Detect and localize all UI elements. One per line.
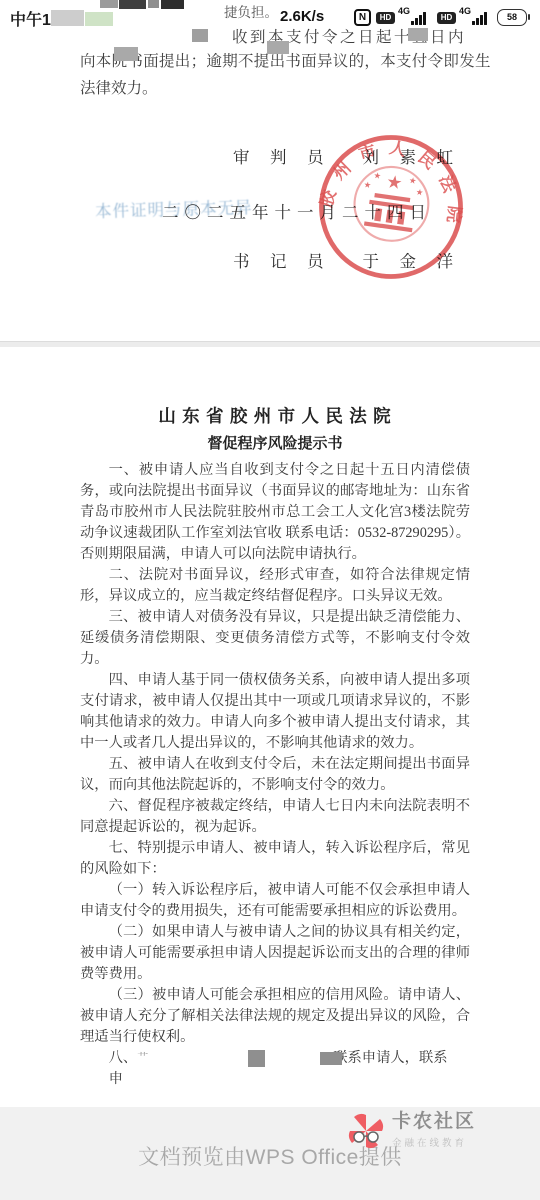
- battery-icon: 58: [497, 9, 527, 26]
- preview-footer: 文档预览由WPS Office提供 卡农社区 金融在线教育: [0, 1107, 540, 1200]
- redaction-block: [100, 0, 118, 8]
- paragraph-1: 一、被申请人应当自收到支付令之日起十五日内清偿债务，或向法院提出书面异议（书面异…: [80, 460, 470, 565]
- signal-bars-icon: [472, 12, 487, 25]
- paragraph-7-3: （三）被申请人可能会承担相应的信用风险。请申请人、被申请人充分了解相关法律法规的…: [80, 985, 470, 1048]
- document-subtitle: 督促程序风险提示书: [80, 432, 470, 453]
- paragraph-4: 四、申请人基于同一债权债务关系，向被申请人提出多项支付请求，被申请人仅提出其中一…: [80, 670, 470, 754]
- document-preview[interactable]: 捷负担。 收到本支付令之日起十五日内 向本院书面提出；逾期不提出书面异议的，本支…: [0, 0, 540, 1200]
- nfc-icon: N: [354, 9, 371, 26]
- kanong-logo-subtitle: 金融在线教育: [392, 1135, 476, 1149]
- redaction-block: [248, 1050, 265, 1067]
- volte-hd-icon: HD: [437, 12, 456, 24]
- document-page-1: 捷负担。 收到本支付令之日起十五日内 向本院书面提出；逾期不提出书面异议的，本支…: [0, 0, 540, 341]
- court-seal-icon: 胶州市人民法院 ★ ★ ★ ★ ★: [312, 128, 470, 286]
- network-speed-label: 2.6K/s: [280, 8, 324, 25]
- network-type-label: 4G: [459, 6, 471, 16]
- paragraph-8: 八、艹联系申请人，联系 申: [80, 1048, 470, 1090]
- document-line: 法律效力。: [80, 76, 158, 98]
- redaction-block: [114, 47, 138, 61]
- paragraph-2: 二、法院对书面异议，经形式审查，如符合法律规定情形，异议成立的，应当裁定终结督促…: [80, 565, 470, 607]
- court-name-title: 山 东 省 胶 州 市 人 民 法 院: [80, 403, 470, 428]
- paragraph-8-text: 联系申请人，联系: [333, 1050, 447, 1066]
- svg-text:★: ★: [363, 179, 372, 190]
- paragraph-7: 七、特别提示申请人、被申请人，转入诉讼程序后，常见的风险如下：: [80, 838, 470, 880]
- paragraph-7-1: （一）转入诉讼程序后，被申请人可能不仅会承担申请人申请支付令的费用损失，还有可能…: [80, 880, 470, 922]
- document-page-2: 山 东 省 胶 州 市 人 民 法 院 督促程序风险提示书 一、被申请人应当自收…: [0, 347, 540, 1107]
- network-type-label: 4G: [398, 6, 410, 16]
- paragraph-3: 三、被申请人对债务没有异议，只是提出缺乏清偿能力、延缓债务清偿期限、变更债务清偿…: [80, 607, 470, 670]
- redaction-block: [85, 12, 113, 26]
- volte-hd-icon: HD: [376, 12, 395, 24]
- signal-strength-icon: 4G: [398, 6, 436, 26]
- status-bar: 中午12 2.6K/s N HD 4G HD 4G 58: [0, 0, 540, 30]
- redaction-block: [320, 1052, 342, 1065]
- paragraph-8-number: 八、: [109, 1050, 138, 1066]
- svg-text:★: ★: [385, 171, 404, 194]
- kanong-logo-icon: [346, 1111, 386, 1151]
- kanong-watermark: 卡农社区 金融在线教育: [346, 1111, 476, 1151]
- kanong-logo-title: 卡农社区: [392, 1111, 476, 1133]
- svg-text:★: ★: [415, 187, 424, 198]
- paragraph-5: 五、被申请人在收到支付令后，未在法定期间提出书面异议，而向其他法院起诉的，不影响…: [80, 754, 470, 796]
- redaction-block: [161, 0, 184, 9]
- redaction-block: [119, 0, 146, 9]
- signal-bars-icon: [411, 12, 426, 25]
- faded-character: 艹: [137, 1052, 148, 1064]
- redaction-block: [51, 10, 84, 26]
- redaction-block: [192, 29, 208, 42]
- redaction-block: [267, 41, 289, 54]
- paragraph-8-continuation: 申: [80, 1069, 470, 1090]
- paragraph-6: 六、督促程序被裁定终结，申请人七日内未向法院表明不同意提起诉讼的，视为起诉。: [80, 796, 470, 838]
- phone-screen: 中午12 2.6K/s N HD 4G HD 4G 58 捷负担。 收到本支付令…: [0, 0, 540, 1200]
- redaction-block: [148, 0, 159, 8]
- signal-strength-icon: 4G: [459, 6, 497, 26]
- paragraph-7-2: （二）如果申请人与被申请人之间的协议具有相关约定，被申请人可能需要承担申请人因提…: [80, 922, 470, 985]
